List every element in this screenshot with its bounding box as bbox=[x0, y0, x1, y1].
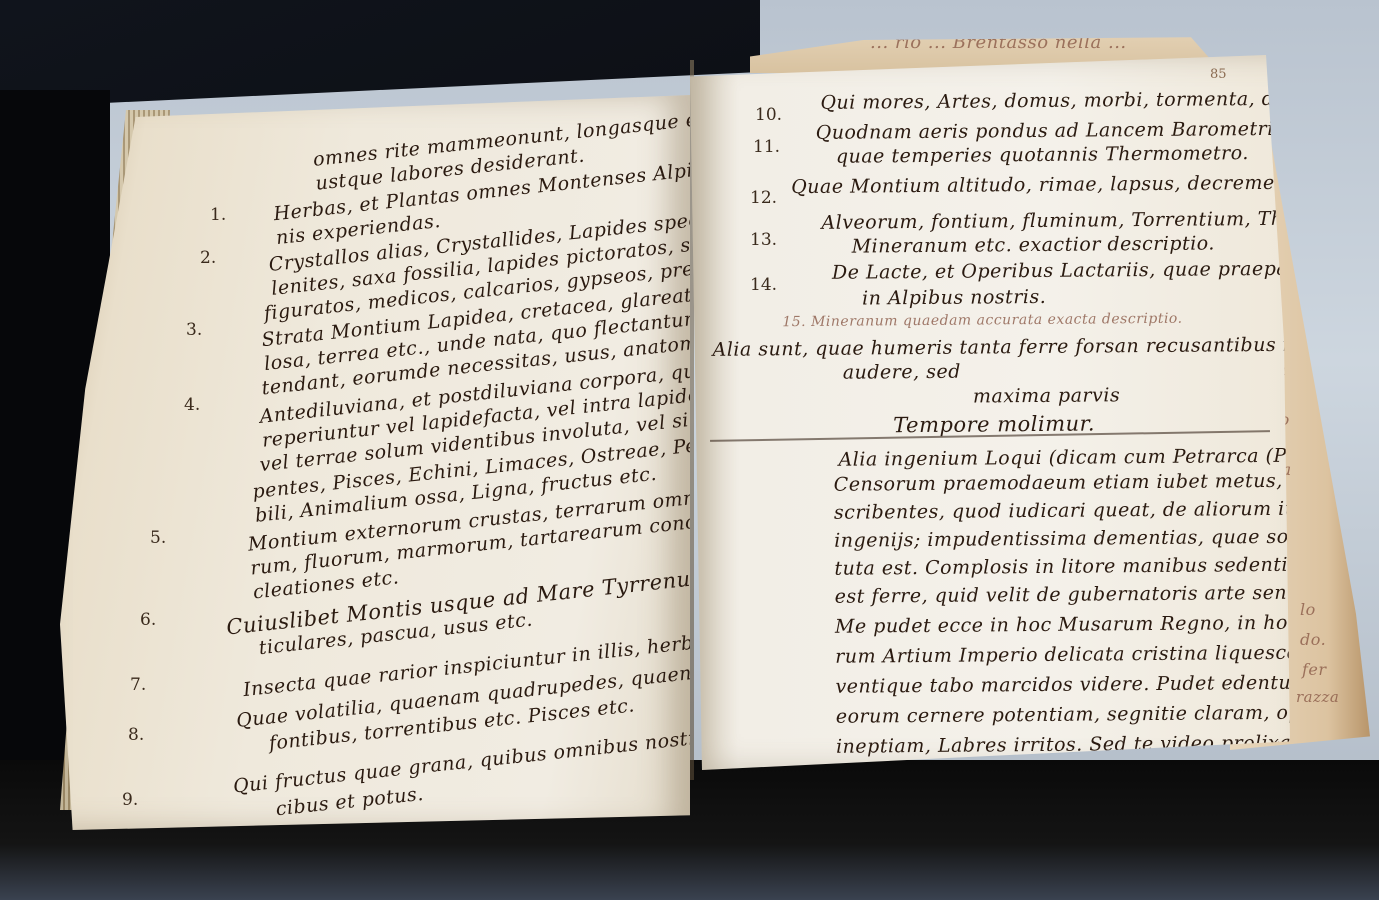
manuscript-line: Quae Montium altitudo, rimae, lapsus, de… bbox=[791, 171, 1290, 198]
line-number: 2. bbox=[200, 248, 216, 268]
line-number: 5. bbox=[150, 528, 166, 548]
manuscript-line: Alia ingenium Loqui (dicam cum Petrarca … bbox=[838, 443, 1290, 470]
line-number: 1. bbox=[210, 205, 226, 225]
manuscript-line: rum Artium Imperio delicata cristina liq… bbox=[835, 641, 1290, 668]
left-page: 1. 2. 3. 4. 5. 6. 7. 8. 9. 10. omnes rit… bbox=[60, 95, 690, 830]
manuscript-line: quae temperies quotannis Thermometro. bbox=[836, 142, 1249, 168]
manuscript-line: Mineranum etc. exactior descriptio. bbox=[852, 232, 1215, 257]
manuscript-line: ventique tabo marcidos videre. Pudet ede… bbox=[835, 671, 1290, 697]
manuscript-line: Alveorum, fontium, fluminum, Torrentium,… bbox=[821, 207, 1290, 234]
manuscript-line: ingenijs; impudentissima dementias, quae… bbox=[834, 525, 1290, 552]
line-number: 14. bbox=[750, 275, 777, 295]
manuscript-line: Censorum praemodaeum etiam iubet metus, … bbox=[834, 469, 1290, 496]
margin-note: fer bbox=[1302, 660, 1327, 679]
manuscript-line: Qui mores, Artes, domus, morbi, tormenta… bbox=[820, 87, 1290, 114]
line-number: 7. bbox=[130, 675, 146, 695]
manuscript-line: ineptiam, Labres irritos. Sed te video p… bbox=[836, 732, 1290, 758]
manuscript-line: Quodnam aeris pondus ad Lancem Barometri… bbox=[816, 117, 1290, 144]
top-strip-text: ... rio ... Brentasso nella ... bbox=[870, 32, 1127, 53]
margin-note: do. bbox=[1300, 630, 1326, 649]
right-page: 85 10. 11. 12. 13. 14. Qui mores, Artes,… bbox=[690, 55, 1290, 770]
margin-note: razza bbox=[1296, 688, 1339, 706]
manuscript-line: Me pudet ecce in hoc Musarum Regno, in h… bbox=[835, 611, 1290, 638]
manuscript-line: maxima parvis bbox=[973, 384, 1120, 407]
manuscript-line: est ferre, quid velit de gubernatoris ar… bbox=[835, 581, 1290, 608]
line-number: 10. bbox=[755, 105, 782, 125]
line-number: 8. bbox=[128, 725, 144, 745]
manuscript-line: 15. Mineranum quaedam accurata exacta de… bbox=[782, 311, 1182, 330]
line-number: 12. bbox=[750, 188, 777, 208]
line-number: 3. bbox=[186, 320, 202, 340]
margin-note: lo bbox=[1300, 600, 1316, 619]
open-manuscript-book: ... rio ... Brentasso nella ... in lo ia… bbox=[0, 0, 1379, 900]
manuscript-line: in Alpibus nostris. bbox=[862, 286, 1046, 310]
manuscript-line: eorum cernere potentiam, segnitie claram… bbox=[836, 701, 1290, 728]
page-number: 85 bbox=[1210, 67, 1227, 82]
line-number: 9. bbox=[122, 790, 138, 810]
manuscript-line: tuta est. Complosis in litore manibus se… bbox=[834, 553, 1290, 579]
manuscript-line: De Lacte, et Operibus Lactariis, quae pr… bbox=[832, 257, 1290, 284]
manuscript-line: audere, sed bbox=[843, 361, 961, 384]
line-number: 6. bbox=[140, 610, 156, 630]
line-number: 13. bbox=[750, 230, 777, 250]
manuscript-line: scribentes, quod iudicari queat, de alio… bbox=[834, 497, 1290, 524]
line-number: 4. bbox=[184, 395, 200, 415]
line-number: 11. bbox=[753, 137, 780, 157]
manuscript-line: Alia sunt, quae humeris tanta ferre fors… bbox=[712, 333, 1290, 361]
